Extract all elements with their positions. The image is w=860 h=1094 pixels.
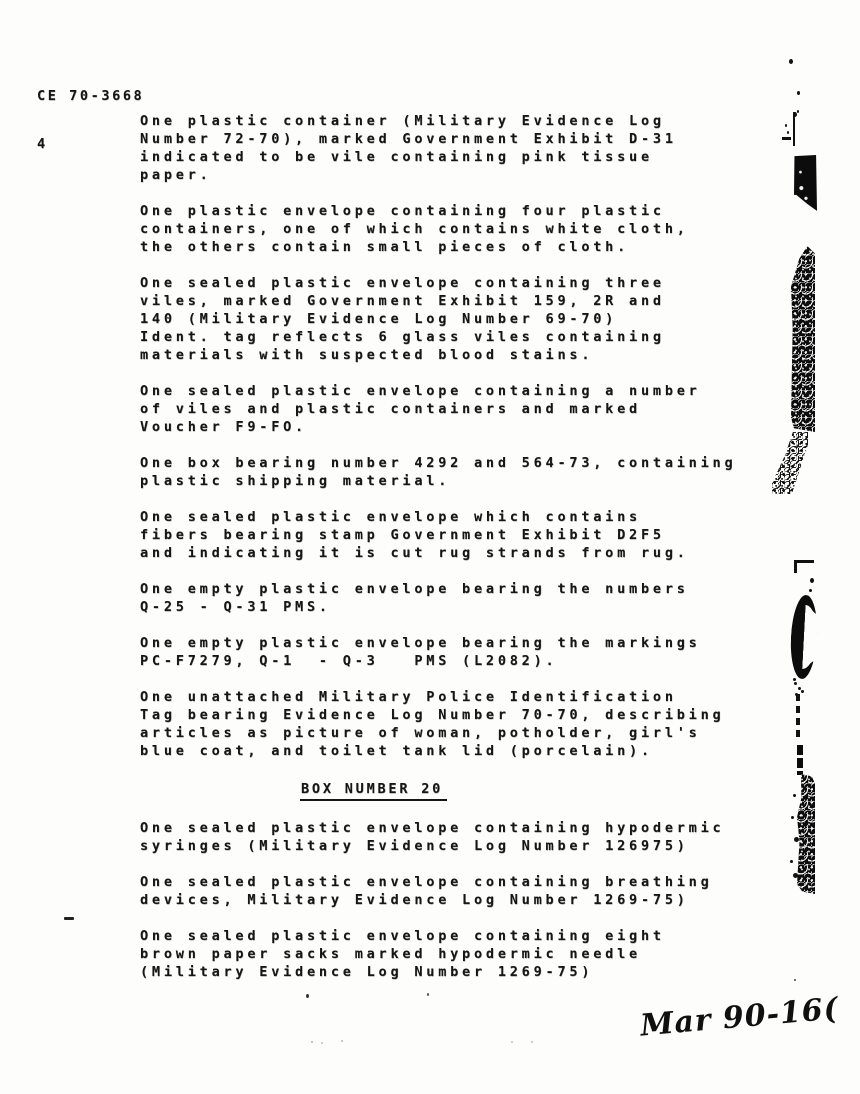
paragraph-item: One unattached Military Police Identific… [140,688,800,760]
paragraph-item: One plastic container (Military Evidence… [140,112,800,184]
scan-artifact-dash [64,917,74,920]
paragraph-item: One sealed plastic envelope containing h… [140,819,800,855]
scan-artifact-dot [810,578,814,583]
scan-artifact-dot [306,994,309,998]
scan-artifact-speck-cluster [793,794,796,797]
scanned-document-page: CE 70-3668 4 One plastic container (Mili… [0,0,860,1094]
scan-artifact-dash [782,137,791,140]
scan-artifact-dot [427,993,429,996]
paragraph-item: One empty plastic envelope bearing the m… [140,634,800,670]
scan-artifact-dot [794,979,796,981]
page-number: 4 [37,136,144,152]
paragraph-item: One sealed plastic envelope containing e… [140,927,800,981]
document-header: CE 70-3668 4 [37,56,144,184]
paragraph-item: One sealed plastic envelope containing t… [140,274,800,364]
scan-artifact-dot [789,59,793,64]
section-heading-row: BOX NUMBER 20 [140,778,800,801]
scan-artifact-dashed-line [796,694,800,742]
paragraph-item: One sealed plastic envelope which contai… [140,508,800,562]
scan-artifact-dot [531,1041,533,1043]
handwritten-annotation: Mar 90-16( [639,991,840,1043]
document-body: One plastic container (Military Evidence… [140,112,800,999]
section-heading: BOX NUMBER 20 [300,780,447,801]
paragraph-item: One box bearing number 4292 and 564-73, … [140,454,800,490]
scan-artifact-dot [511,1041,513,1043]
paragraph-item: One sealed plastic envelope containing b… [140,873,800,909]
scan-artifact-dot [321,1042,323,1044]
scan-artifact-line [793,112,795,146]
paragraph-item: One plastic envelope containing four pla… [140,202,800,256]
scan-artifact-dot [341,1040,343,1042]
scan-artifact-dot [809,589,812,592]
scan-artifact-dot [311,1041,313,1043]
scan-artifact-speck-cluster [785,124,787,127]
case-number: CE 70-3668 [37,88,144,104]
scan-artifact-speck-cluster [797,670,800,673]
paragraph-item: One empty plastic envelope bearing the n… [140,580,800,616]
scan-artifact-dot [797,91,800,95]
scan-artifact-bracket-mark [794,560,814,573]
scan-artifact-line [797,745,803,775]
paragraph-item: One sealed plastic envelope containing a… [140,382,800,436]
